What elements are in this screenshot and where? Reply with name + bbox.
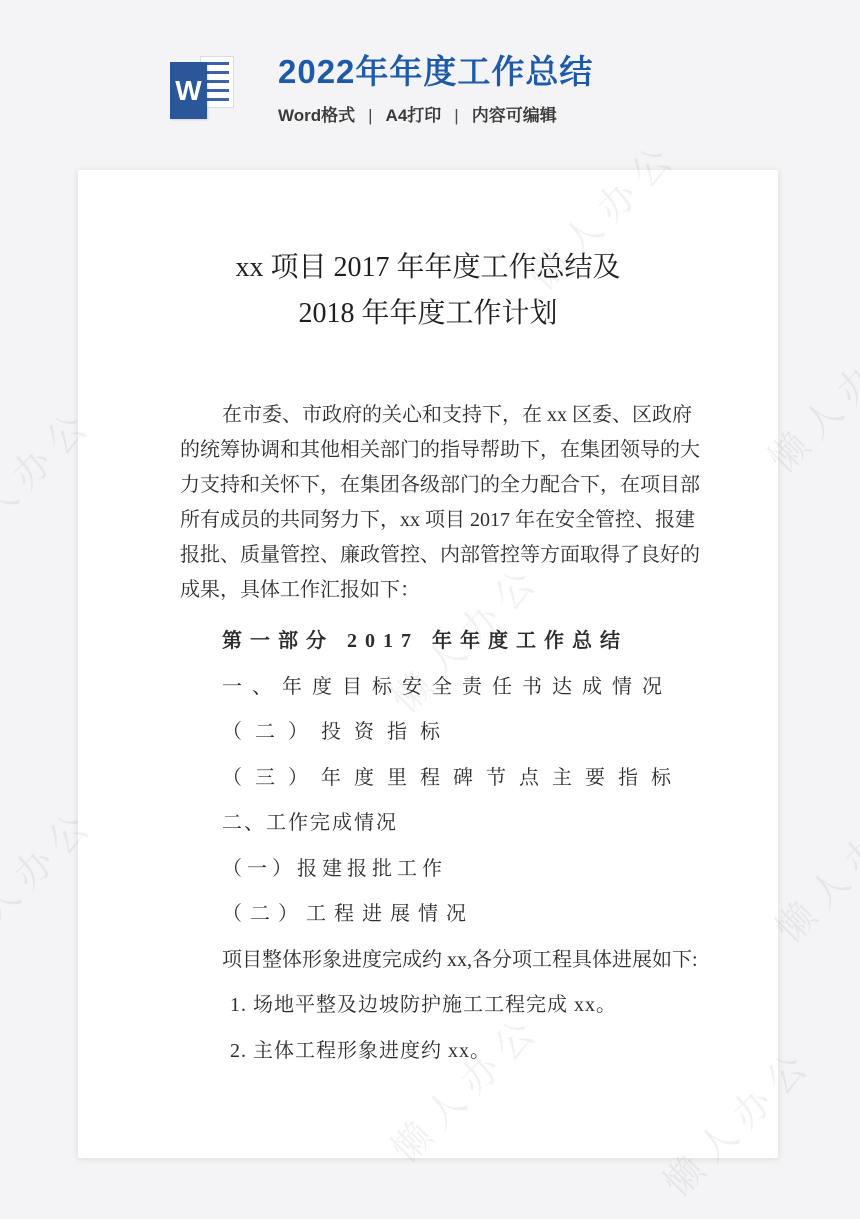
header-text: 2022年年度工作总结 Word格式|A4打印|内容可编辑 xyxy=(278,54,593,126)
paragraph-line: 的统筹协调和其他相关部门的指导帮助下，在集团领导的大 xyxy=(180,433,677,468)
paragraph-line: 所有成员的共同努力下，xx 项目 2017 年在安全管控、报建 xyxy=(180,503,677,538)
document-content: xx 项目 2017 年年度工作总结及 2018 年年度工作计划 在市委、市政府… xyxy=(78,170,778,1158)
document-list-item: 第一部分 2017 年年度工作总结 xyxy=(180,619,680,665)
document-list-item: （一）报建报批工作 xyxy=(180,847,680,893)
document-list-item: 二、工作完成情况 xyxy=(180,801,680,847)
document-list-item: 一、年度目标安全责任书达成情况 xyxy=(180,665,680,711)
meta-print: A4打印 xyxy=(386,106,442,125)
meta-separator: | xyxy=(454,106,458,125)
paragraph-line: 在市委、市政府的关心和支持下，在 xx 区委、区政府 xyxy=(180,398,677,433)
document-title-line-2: 2018 年年度工作计划 xyxy=(78,291,778,337)
word-icon: W xyxy=(170,54,234,120)
page-title[interactable]: 2022年年度工作总结 xyxy=(278,54,593,90)
meta-format: Word格式 xyxy=(278,106,355,125)
header: W 2022年年度工作总结 Word格式|A4打印|内容可编辑 xyxy=(170,54,593,126)
document-title: xx 项目 2017 年年度工作总结及 2018 年年度工作计划 xyxy=(78,245,778,337)
document-list-item: 2. 主体工程形象进度约 xx。 xyxy=(180,1029,680,1075)
paragraph-line: 成果，具体工作汇报如下： xyxy=(180,573,677,608)
document-list-item: （二）工程进展情况 xyxy=(180,892,680,938)
meta-editable: 内容可编辑 xyxy=(472,106,557,125)
document-section-list: 第一部分 2017 年年度工作总结一、年度目标安全责任书达成情况（二）投资指标（… xyxy=(180,619,680,1074)
document-list-item: （三）年度里程碑节点主要指标 xyxy=(180,756,680,802)
paragraph-line: 报批、质量管控、廉政管控、内部管控等方面取得了良好的 xyxy=(180,538,677,573)
document-list-item: （二）投资指标 xyxy=(180,710,680,756)
meta-separator: | xyxy=(368,106,372,125)
document-list-item: 项目整体形象进度完成约 xx,各分项工程具体进展如下: xyxy=(180,938,680,984)
document-title-line-1: xx 项目 2017 年年度工作总结及 xyxy=(78,245,778,291)
paragraph-line: 力支持和关怀下，在集团各级部门的全力配合下，在项目部 xyxy=(180,468,677,503)
word-icon-panel: W xyxy=(170,62,207,119)
word-icon-sheet-lines xyxy=(205,62,229,102)
document-body-paragraph: 在市委、市政府的关心和支持下，在 xx 区委、区政府的统筹协调和其他相关部门的指… xyxy=(180,398,677,608)
document-meta: Word格式|A4打印|内容可编辑 xyxy=(278,101,593,126)
document-list-item: 1. 场地平整及边坡防护施工工程完成 xx。 xyxy=(180,983,680,1029)
word-icon-letter: W xyxy=(175,77,201,105)
document-page-preview: xx 项目 2017 年年度工作总结及 2018 年年度工作计划 在市委、市政府… xyxy=(78,170,778,1158)
